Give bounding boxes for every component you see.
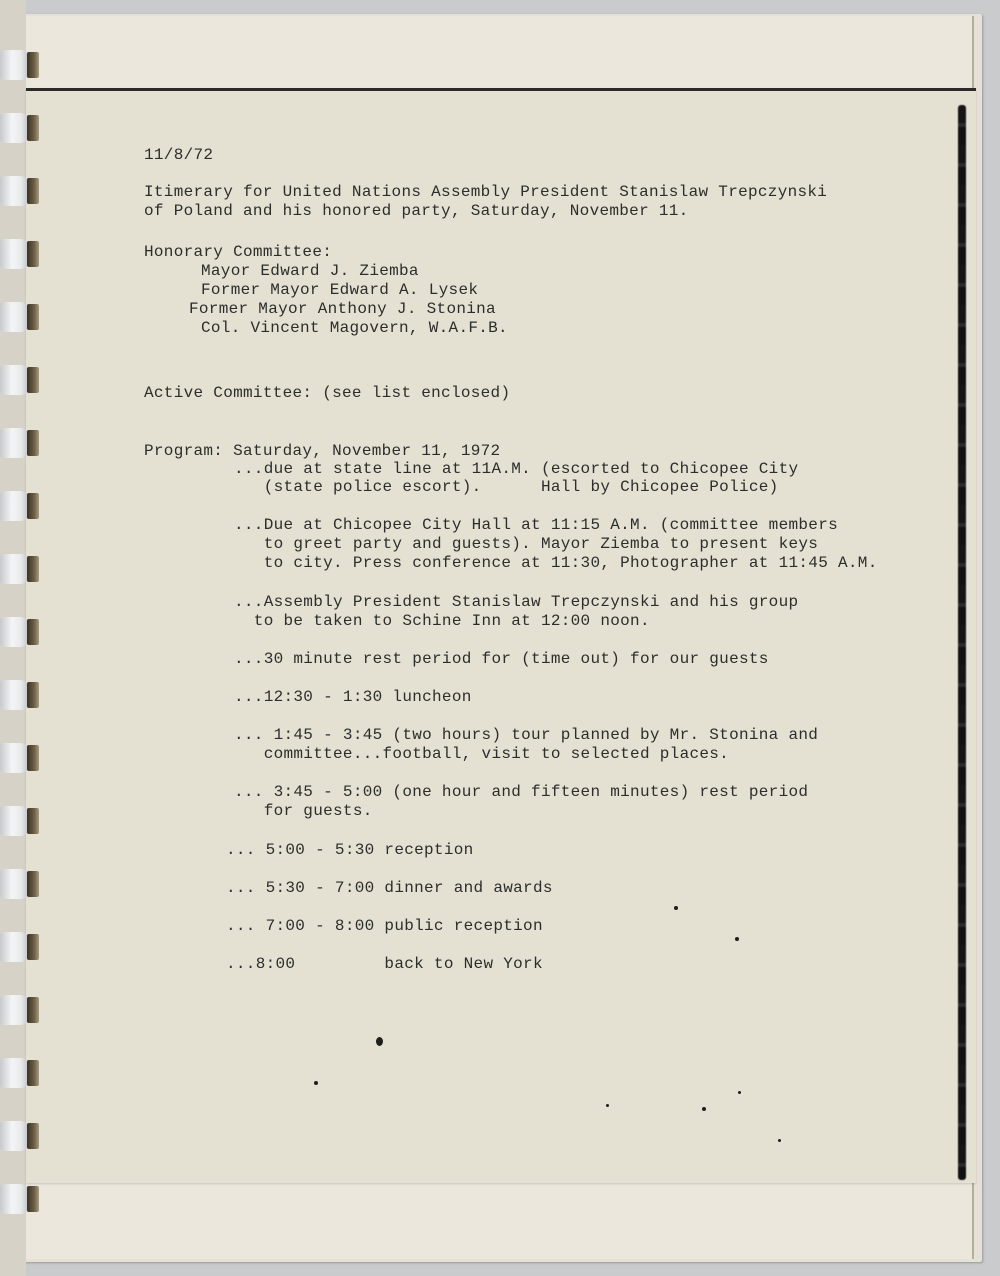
binding-ring	[0, 302, 38, 332]
program-item-line: ... 1:45 - 3:45 (two hours) tour planned…	[234, 726, 818, 745]
program-item-line: ... 5:00 - 5:30 reception	[226, 841, 474, 860]
program-item-line: ... 5:30 - 7:00 dinner and awards	[226, 879, 553, 898]
program-item-line: ...12:30 - 1:30 luncheon	[234, 688, 472, 707]
binding-ring	[0, 806, 38, 836]
ink-speck	[606, 1104, 609, 1107]
binding-ring	[0, 176, 38, 206]
program-item-line: to city. Press conference at 11:30, Phot…	[234, 554, 878, 573]
program-item-line: to greet party and guests). Mayor Ziemba…	[234, 535, 818, 554]
binding-ring	[0, 50, 38, 80]
ink-speck	[738, 1091, 741, 1094]
ink-speck	[376, 1037, 383, 1046]
ink-speck	[674, 906, 678, 910]
binding-ring	[0, 113, 38, 143]
program-item-line: ...30 minute rest period for (time out) …	[234, 650, 769, 669]
binding-ring	[0, 554, 38, 584]
program-item-line: ... 3:45 - 5:00 (one hour and fifteen mi…	[234, 783, 808, 802]
program-item-line: ...8:00 back to New York	[226, 955, 543, 974]
honorary-member: Col. Vincent Magovern, W.A.F.B.	[201, 319, 508, 338]
binding-ring	[0, 1184, 38, 1214]
binding-ring	[0, 428, 38, 458]
binding-ring	[0, 1058, 38, 1088]
program-heading: Program: Saturday, November 11, 1972	[144, 442, 500, 461]
honorary-committee-heading: Honorary Committee:	[144, 243, 332, 262]
program-item-line: ... 7:00 - 8:00 public reception	[226, 917, 543, 936]
program-item-line: to be taken to Schine Inn at 12:00 noon.	[234, 612, 650, 631]
program-item-line: ...due at state line at 11A.M. (escorted…	[234, 460, 798, 479]
binding-ring	[0, 239, 38, 269]
title-line-1: Itimerary for United Nations Assembly Pr…	[144, 183, 827, 202]
honorary-member: Former Mayor Edward A. Lysek	[201, 281, 478, 300]
program-item-line: ...Assembly President Stanislaw Trepczyn…	[234, 593, 798, 612]
title-line-2: of Poland and his honored party, Saturda…	[144, 202, 689, 221]
honorary-member: Former Mayor Anthony J. Stonina	[189, 300, 496, 319]
program-item-line: ...Due at Chicopee City Hall at 11:15 A.…	[234, 516, 838, 535]
honorary-member: Mayor Edward J. Ziemba	[201, 262, 419, 281]
ink-speck	[735, 937, 739, 941]
binding-ring	[0, 617, 38, 647]
program-item-line: for guests.	[234, 802, 373, 821]
program-item-line: committee...football, visit to selected …	[234, 745, 729, 764]
binding-ring	[0, 743, 38, 773]
ink-speck	[702, 1107, 706, 1111]
ink-speck	[778, 1139, 781, 1142]
document-date: 11/8/72	[144, 146, 213, 165]
program-item-line: (state police escort). Hall by Chicopee …	[234, 478, 779, 497]
binding-ring	[0, 680, 38, 710]
binding-ring	[0, 869, 38, 899]
binding-ring	[0, 491, 38, 521]
binding-ring	[0, 932, 38, 962]
itinerary-page: 11/8/72 Itimerary for United Nations Ass…	[26, 88, 976, 1183]
active-committee-line: Active Committee: (see list enclosed)	[144, 384, 510, 403]
binding-ring	[0, 365, 38, 395]
binding-ring	[0, 1121, 38, 1151]
binding-ring	[0, 995, 38, 1025]
ink-speck	[314, 1081, 318, 1085]
